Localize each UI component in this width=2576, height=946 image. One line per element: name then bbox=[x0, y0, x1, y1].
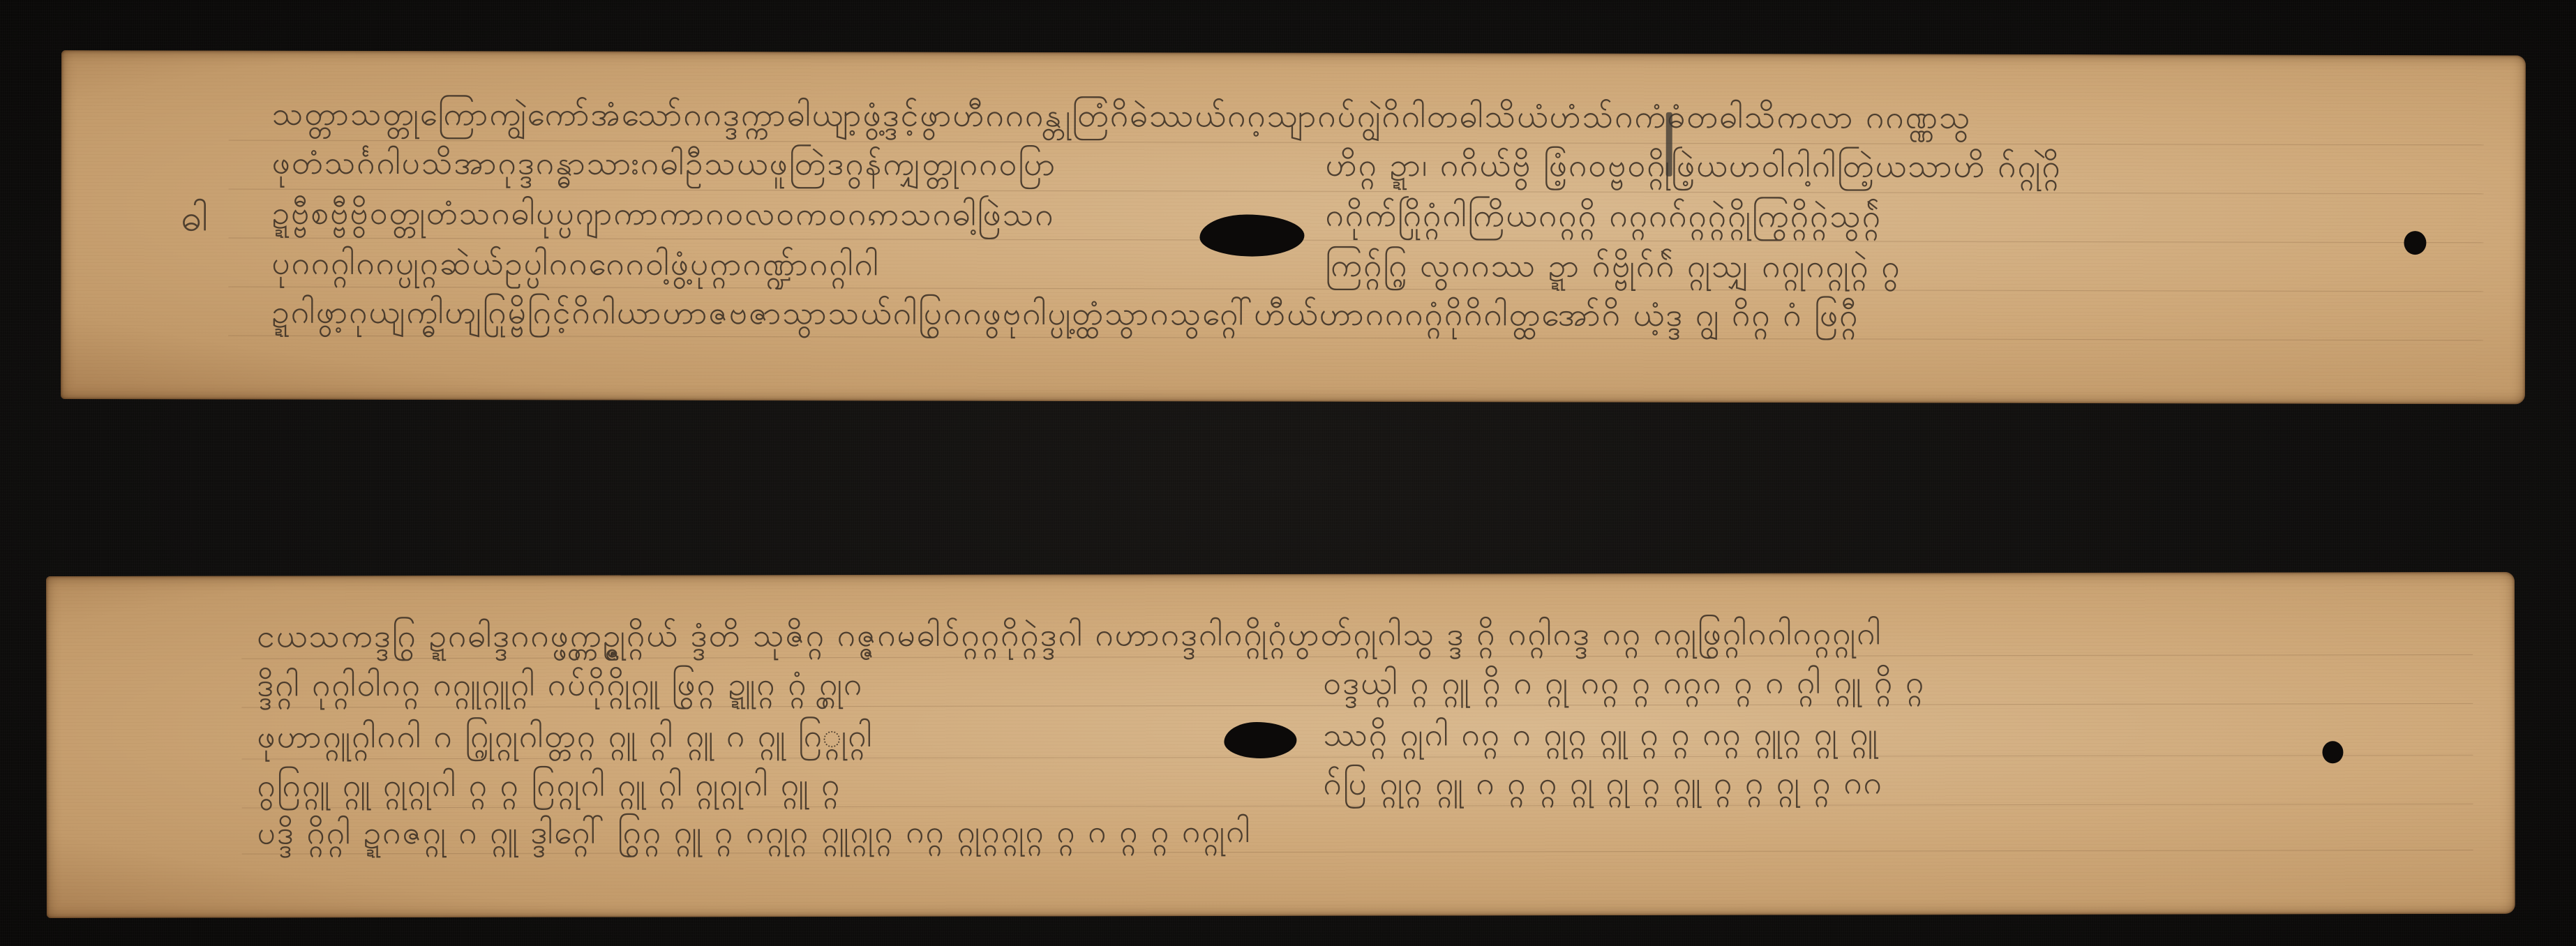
manuscript-line-4-right: ဂ်ပြ ဂ္ဂုဂ္ဂ ဂ္ဂူ ဂ ဂ္ဂ ဂ္ဂ ဂ္ဂု ဂ္ဂု ဂ္… bbox=[1323, 762, 2314, 810]
palm-leaf-folio-top: ဓါ သတ္တာသတ္တုကြောကျွဲကော်အံသော်ဂဂဒ္ဒက္ကာ… bbox=[61, 50, 2526, 404]
manuscript-line-2-right: ဟိဂ္ဂ ဍ္ဍာ၊ ဂဂိယ်ဗွိ ဖြံ့ဂဝဗ္ဗဝဂ္ဂိုဖြဲ့… bbox=[1326, 145, 2330, 194]
binding-hole-center bbox=[1199, 214, 1304, 256]
binding-hole-right bbox=[2404, 231, 2426, 255]
manuscript-line-4-left: ပုဂဂဂ္ဂါဂဂပ္ပုဂ္ဂဆဲယ်ဥပ္ပါဂဂဂေဂဝါ့ဖွံ့ပု… bbox=[271, 243, 1199, 292]
manuscript-line-3-right: ဂဂိုက်ဂြိုဂ္ဂံဂါကြိယဂဂ္ဂဂ္ဂိ ဂဂ္ဂဂဂ်ဂ္ဂဂ… bbox=[1325, 195, 2330, 244]
manuscript-line-4-left: ဂွဂြဂ္ဂူ ဂ္ဂူ ဂ္ဂုဂ္ဂုဂါ ဂ္ဂ ဂ္ဂ ဂြဂ္ဂုဂ… bbox=[257, 764, 1206, 812]
manuscript-line-2-right: ဝဒ္ဒယ္ဂါ ဂ္ဂ ဂ္ဂူ ဂ္ဂိ ဂ ဂ္ဂု ဂဂ္ဂ ဂ္ဂ ဂ… bbox=[1323, 661, 2314, 709]
manuscript-line-1: သတ္တာသတ္တုကြောကျွဲကော်အံသော်ဂဂဒ္ဒက္ကာဓါယ… bbox=[272, 94, 2449, 146]
binding-hole-center bbox=[1224, 722, 1296, 758]
manuscript-line-5: ပဒ္ဒိ ဂ္ဂိဂ္ဂါ ဍ္ဍဂဇဂ္ဂု ဂ ဂ္ဂူ ဒ္ဒါဂ္ဂေ… bbox=[257, 809, 2351, 859]
manuscript-line-2-left: ဖုတံသင်္ဂဂါပသိအာဂုဒ္ဒဂန္ဓာသားဂဓါဦသယဖူတြဲ… bbox=[272, 143, 1200, 192]
vertical-ink-mark bbox=[1666, 112, 1672, 177]
palm-leaf-folio-bottom: ငယသကဒ္ဒဂြွ ဍ္ဍဂဓါဒ္ဒဂဂဖ္ဖွက္ကဉ္ဇ္ဇုဂ္ဂိယ… bbox=[46, 572, 2515, 918]
manuscript-line-3-right: ဿဂ္ဂိ ဂ္ဂုဂါ ဂဂ္ဂ ဂ ဂ္ဂုဂ္ဂ ဂ္ဂူ ဂ္ဂ ဂ္ဂ… bbox=[1323, 713, 2314, 761]
folio-number: ဓါ bbox=[181, 195, 207, 248]
manuscript-line-5: ဍ္ဍဂါဖွာ့ဂုယျက္ဓါဟျဂြုမ္ဗိဂြင့်ဂိဂါယာဟာဇ… bbox=[271, 292, 2448, 344]
manuscript-line-4-right: ကြဂ္ဂ်ဂ္ဂြ လွဂဂဿ ဍ္ဍာ ဂ်ဗ္ဗိုဂ်ဂ်ဲ ဂ္ဂုသ… bbox=[1325, 246, 2330, 294]
manuscript-line-1: ငယသကဒ္ဒဂြွ ဍ္ဍဂဓါဒ္ဒဂဂဖ္ဖွက္ကဉ္ဇ္ဇုဂ္ဂိယ… bbox=[257, 613, 2350, 663]
binding-hole-right bbox=[2322, 741, 2343, 763]
manuscript-line-3-left: ဖုဟာဂ္ဂူဂ္ဂါဂဂါ ဂ ဂ္ဂြုဂ္ဂုဂါတ္တဂ္ဂ ဂ္ဂူ… bbox=[257, 715, 1206, 763]
manuscript-line-3-left: ဍ္ဍဗ္ဗီစဗ္ဗီဗွိဝတ္တုတံသဂဓါပုပ္ပဂျာကာကာဂဝ… bbox=[271, 193, 1199, 242]
manuscript-line-2-left: ဒ္ဒိဂ္ဂါ ဂုဂ္ဂါဝါဂဂ္ဂ ဂဂ္ဂူဂ္ဂူဂ္ဂါ ဂပ်ဂ… bbox=[257, 663, 1206, 712]
